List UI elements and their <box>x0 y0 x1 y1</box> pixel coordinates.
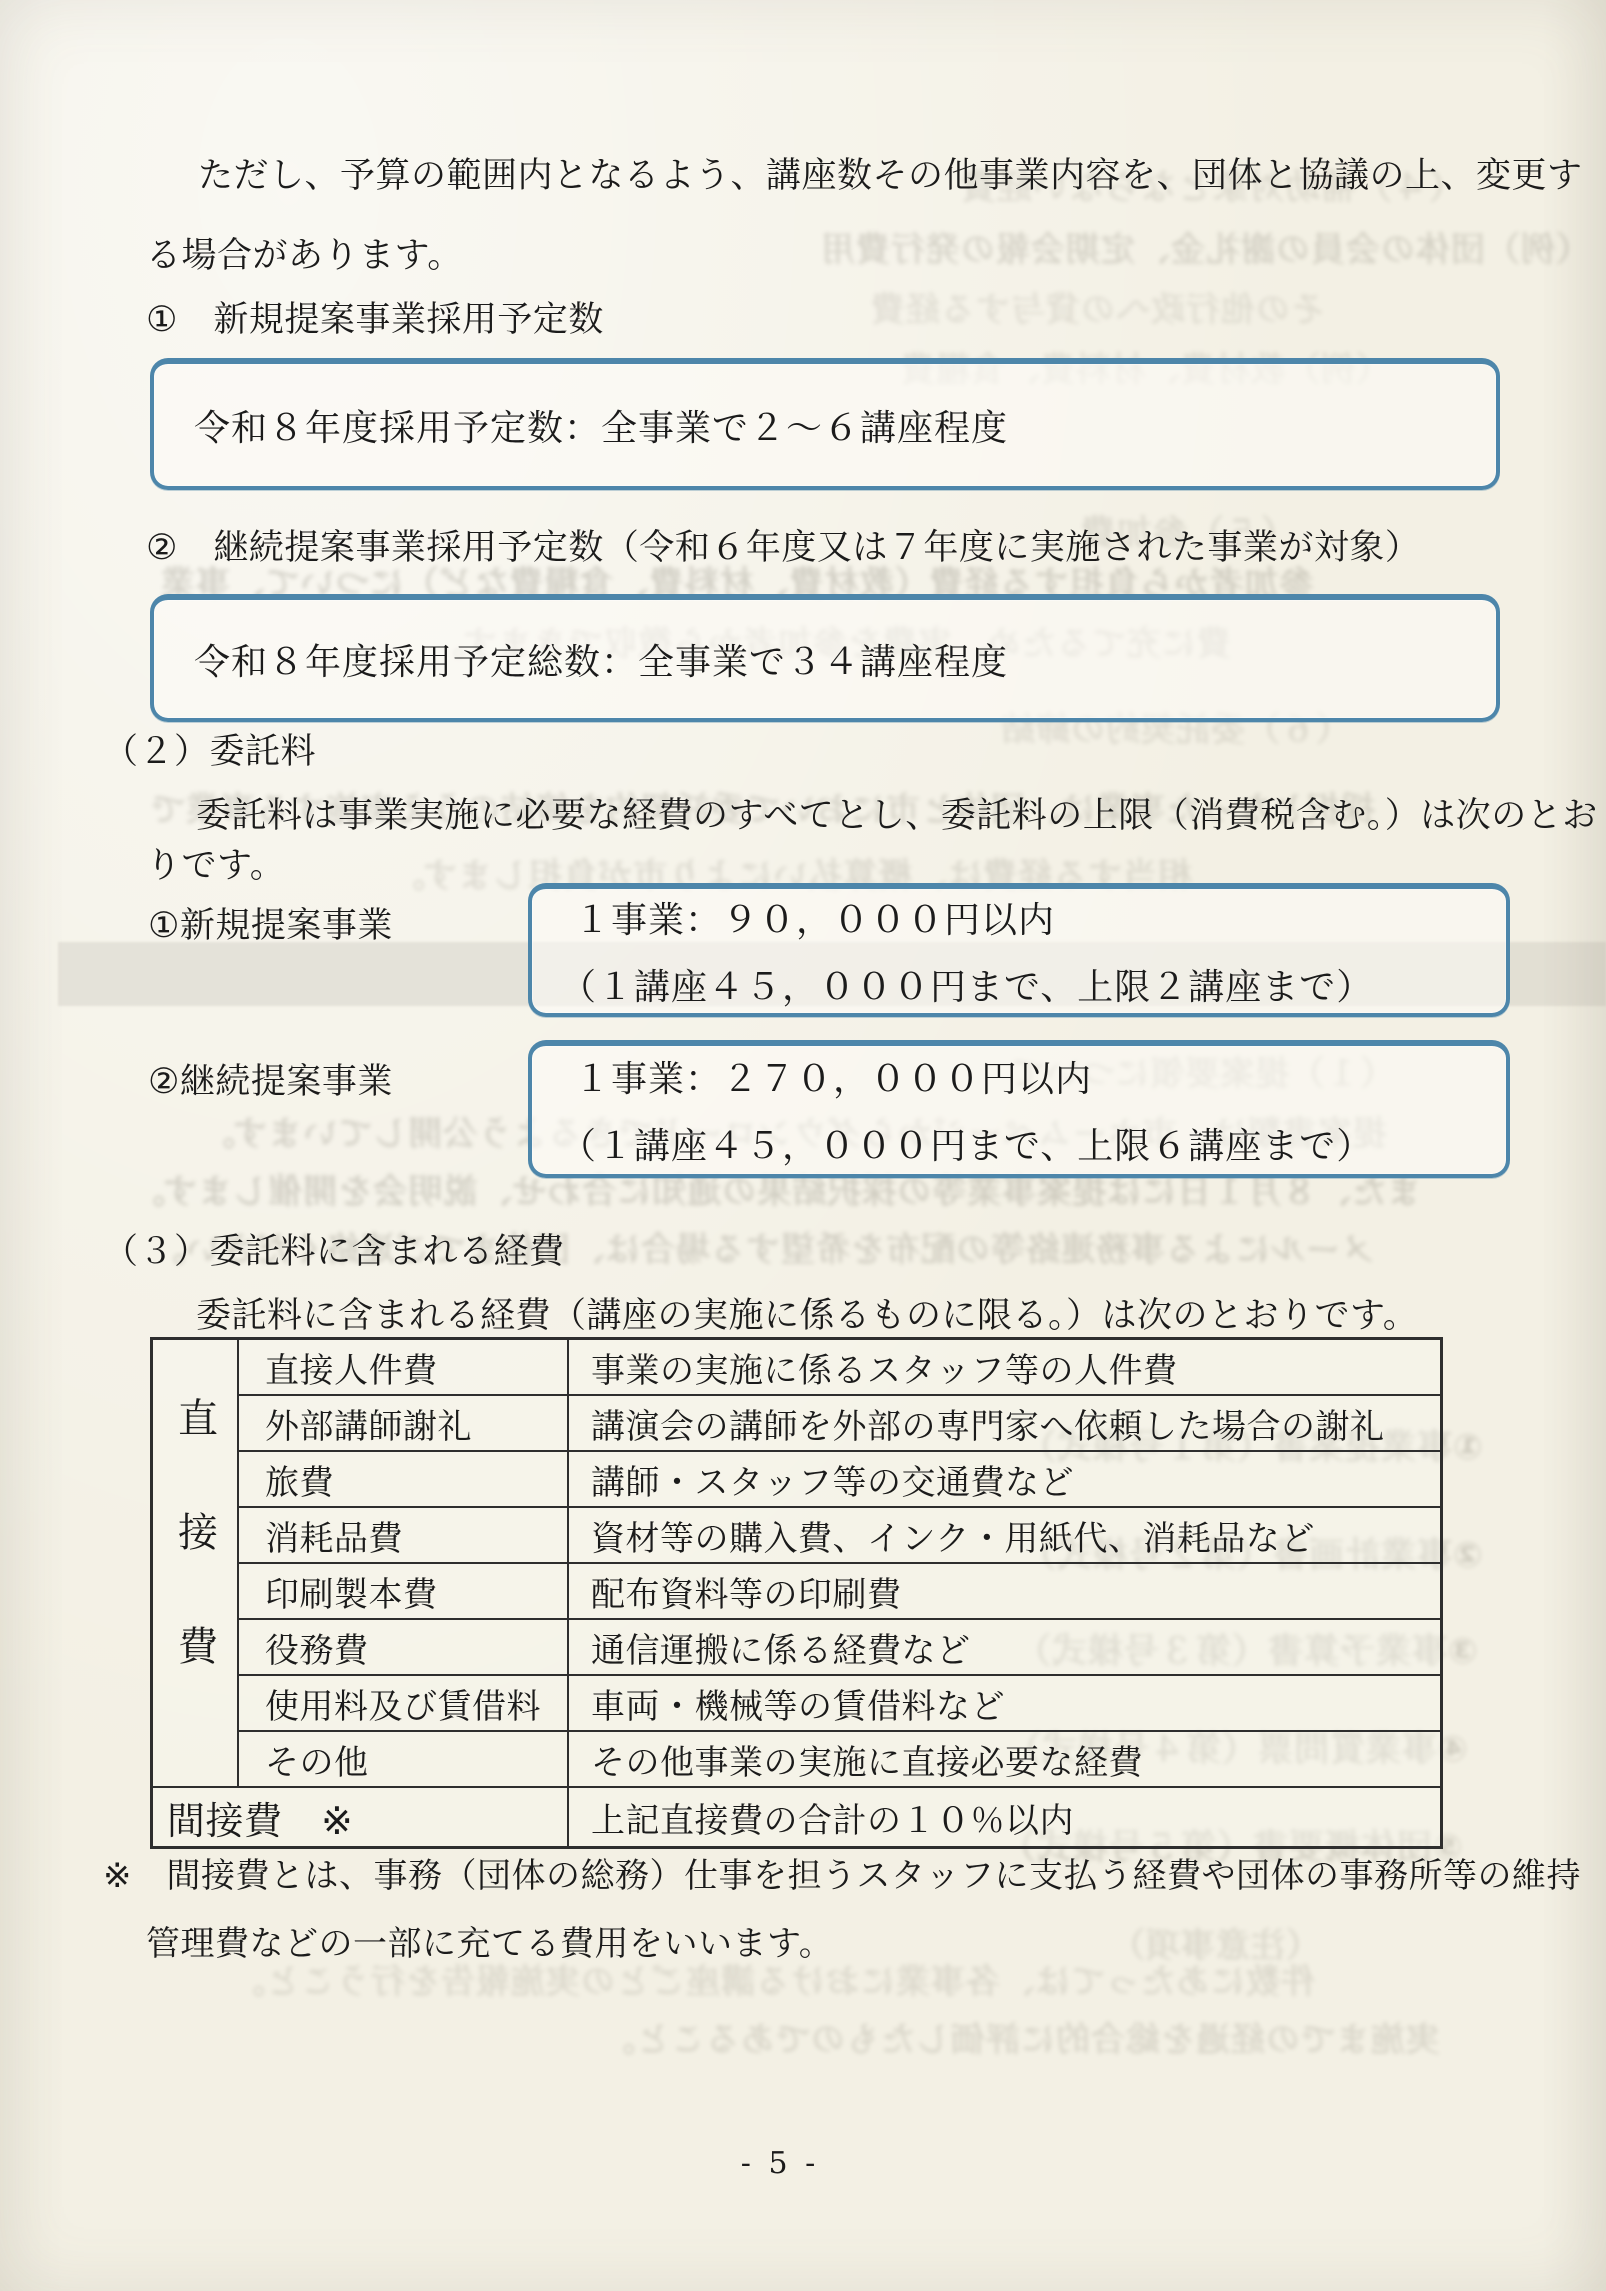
table-row-item: その他 <box>239 1732 569 1788</box>
table-row-item: 旅費 <box>239 1452 569 1508</box>
table-row-desc: 資材等の購入費、インク・用紙代、消耗品など <box>569 1508 1440 1564</box>
table-row-item: 役務費 <box>239 1620 569 1676</box>
table-indirect-desc: 上記直接費の合計の１０％以内 <box>569 1788 1440 1846</box>
footnote-line1: ※ 間接費とは、事務（団体の総務）仕事を担うスタッフに支払う経費や団体の事務所等… <box>103 1848 1581 1897</box>
table-row-desc: 講師・スタッフ等の交通費など <box>569 1452 1440 1508</box>
item2-heading: ② 継続提案事業採用予定数（令和６年度又は７年度に実施された事業が対象） <box>146 520 1420 570</box>
footnote-line2: 管理費などの一部に充てる費用をいいます。 <box>146 1916 833 1965</box>
table-row-item: 消耗品費 <box>239 1508 569 1564</box>
section2-body-line2: りです。 <box>146 838 285 888</box>
callout-box2-text: 令和８年度採用予定総数：全事業で３４講座程度 <box>194 634 1008 685</box>
table-row-desc: その他事業の実施に直接必要な経費 <box>569 1732 1440 1788</box>
intro-paragraph-line1: ただし、予算の範囲内となるよう、講座数その他事業内容を、団体と協議の上、変更す <box>198 148 1583 198</box>
callout-box-new-adoption: 令和８年度採用予定数：全事業で２～６講座程度 <box>150 358 1500 490</box>
intro-paragraph-line2: る場合があります。 <box>146 228 463 278</box>
table-row-desc: 講演会の講師を外部の専門家へ依頼した場合の謝礼 <box>569 1396 1440 1452</box>
section3-body: 委託料に含まれる経費（講座の実施に係るものに限る。）は次のとおりです。 <box>196 1288 1418 1338</box>
proposal-cont-label: ②継続提案事業 <box>148 1054 393 1104</box>
table-row-desc: 事業の実施に係るスタッフ等の人件費 <box>569 1340 1440 1396</box>
scanned-document-page: （４）補助対象とならない経費（例）団体の会員の謝礼金、定期会報の発行費用その他行… <box>0 0 1606 2291</box>
expense-table: 直接費 直接人件費 事業の実施に係るスタッフ等の人件費 外部講師謝礼 講演会の講… <box>150 1337 1443 1849</box>
page-number: - 5 - <box>690 2146 870 2181</box>
table-row-desc: 通信運搬に係る経費など <box>569 1620 1440 1676</box>
new-fee-line1: １事業：９０，０００円以内 <box>574 892 1055 943</box>
table-row-item: 使用料及び賃借料 <box>239 1676 569 1732</box>
cont-fee-line2: （１講座４５，０００円まで、上限６講座まで） <box>560 1118 1373 1169</box>
item1-heading: ① 新規提案事業採用予定数 <box>146 292 604 342</box>
table-row-item: 外部講師謝礼 <box>239 1396 569 1452</box>
proposal-new-label: ①新規提案事業 <box>148 898 393 948</box>
callout-box-continuing-adoption: 令和８年度採用予定総数：全事業で３４講座程度 <box>150 594 1500 722</box>
section2-heading: （２）委託料 <box>103 724 316 774</box>
callout-box-new-fee: １事業：９０，０００円以内 （１講座４５，０００円まで、上限２講座まで） <box>528 883 1510 1017</box>
cont-fee-line1: １事業：２７０，０００円以内 <box>574 1051 1092 1102</box>
section3-heading: （３）委託料に含まれる経費 <box>103 1224 565 1274</box>
callout-box1-text: 令和８年度採用予定数：全事業で２～６講座程度 <box>194 400 1008 451</box>
table-row-desc: 車両・機械等の賃借料など <box>569 1676 1440 1732</box>
table-row-desc: 配布資料等の印刷費 <box>569 1564 1440 1620</box>
table-indirect-label: 間接費 ※ <box>153 1788 569 1846</box>
table-category-direct: 直接費 <box>153 1340 239 1788</box>
section2-body-line1: 委託料は事業実施に必要な経費のすべてとし、委託料の上限（消費税含む。）は次のとお <box>196 788 1598 838</box>
table-row-item: 印刷製本費 <box>239 1564 569 1620</box>
table-row-item: 直接人件費 <box>239 1340 569 1396</box>
callout-box-cont-fee: １事業：２７０，０００円以内 （１講座４５，０００円まで、上限６講座まで） <box>528 1040 1510 1178</box>
new-fee-line2: （１講座４５，０００円まで、上限２講座まで） <box>560 959 1373 1010</box>
